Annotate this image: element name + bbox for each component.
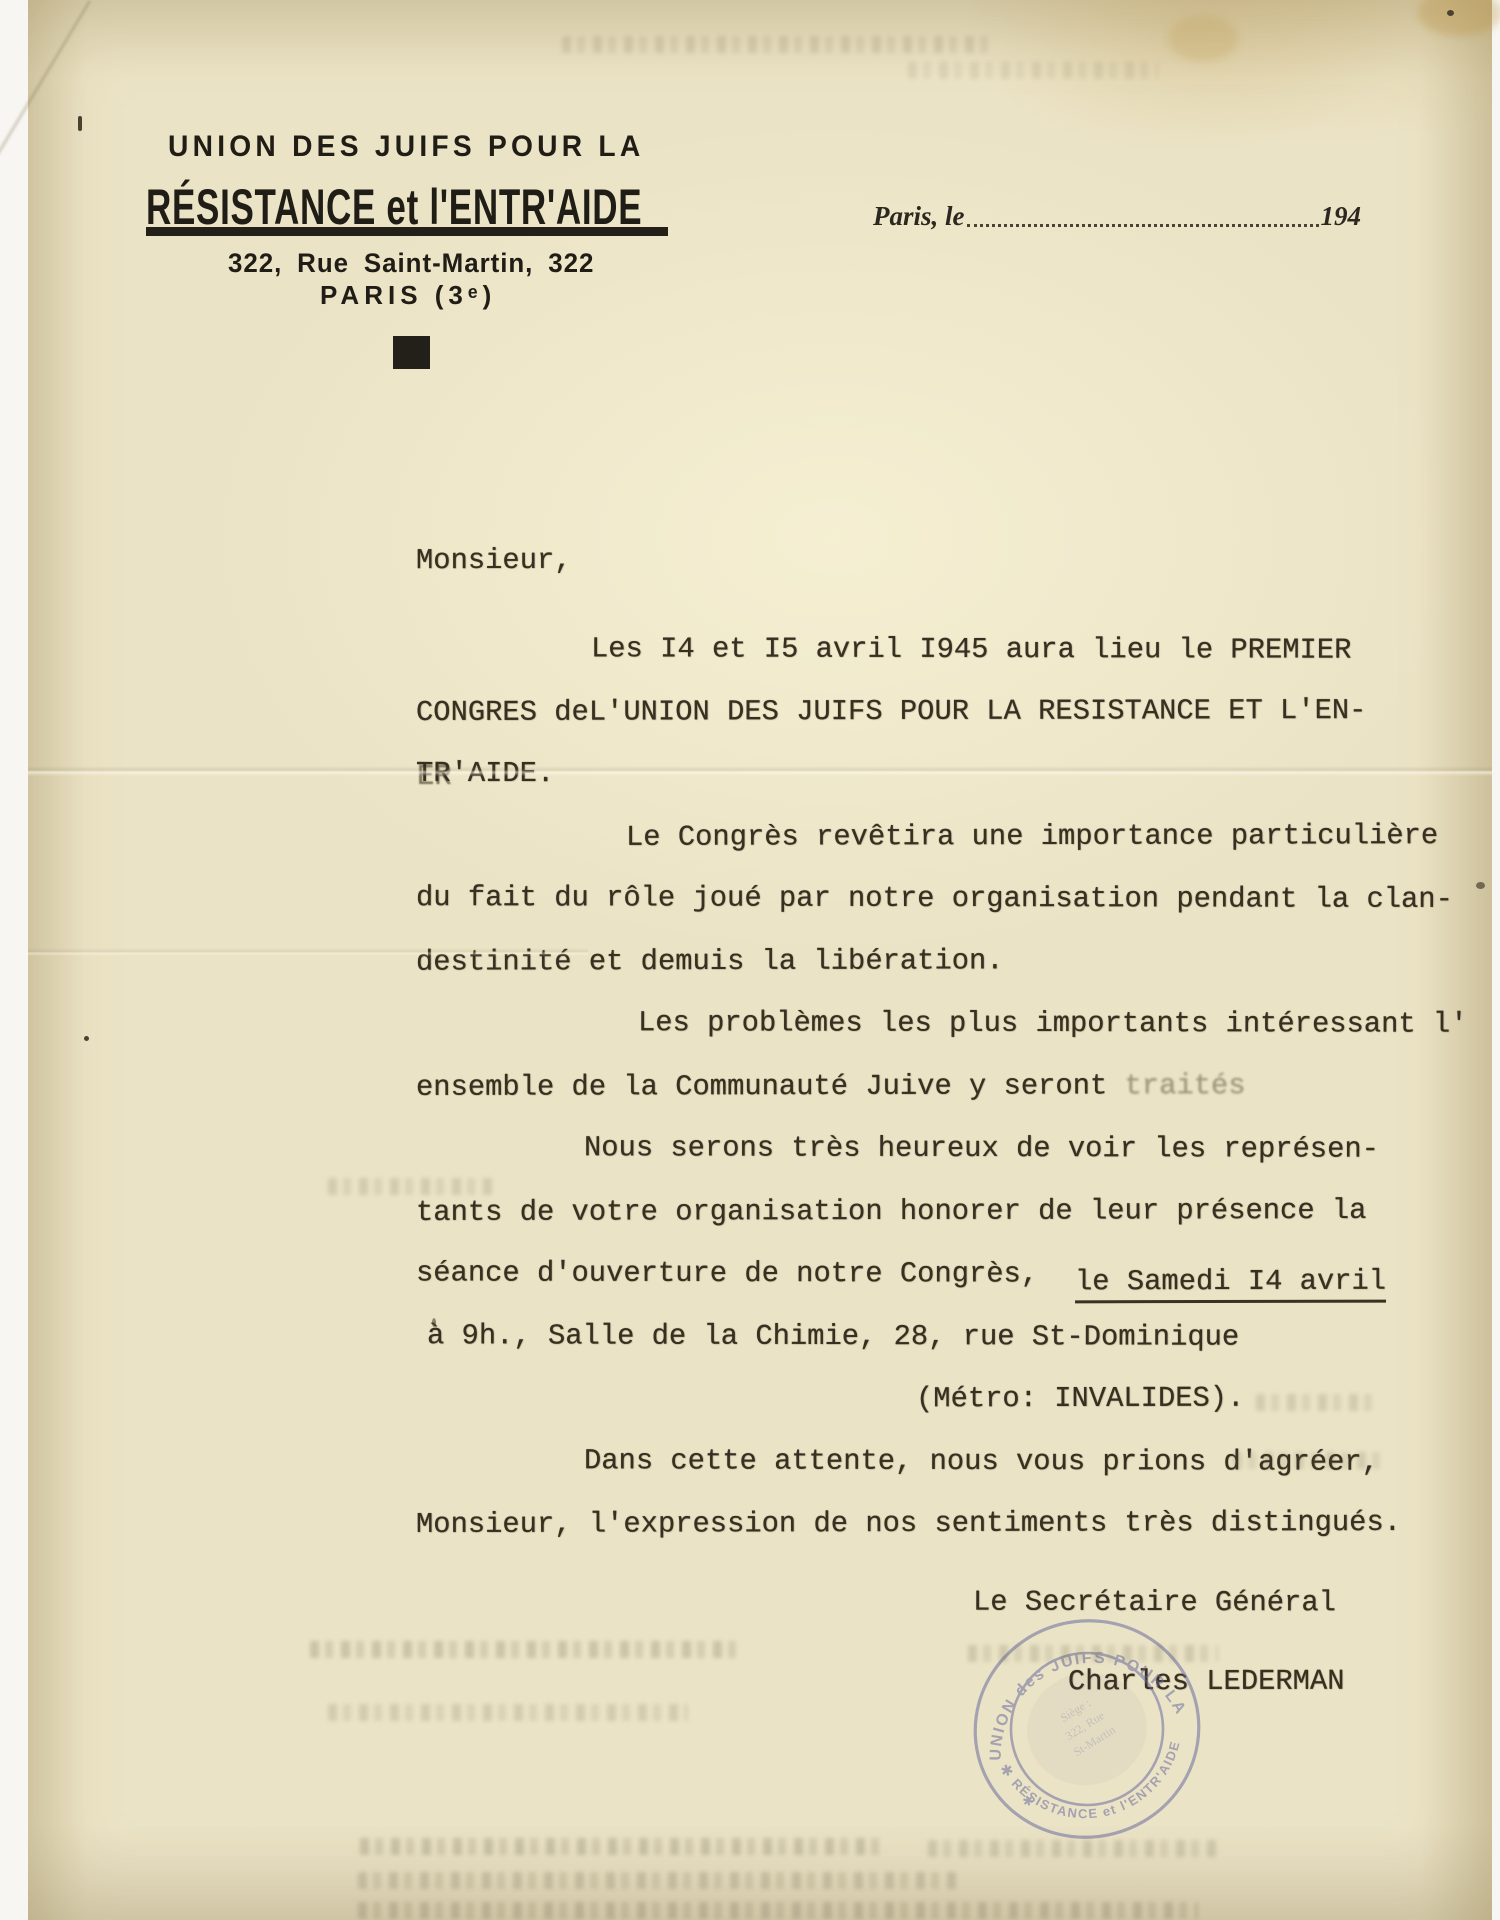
letter-line: Les problèmes les plus importants intére… [638,1009,1468,1039]
paper-speck [432,1318,436,1327]
bleedthrough-smudge [328,1704,688,1721]
paper-stain [1168,16,1238,62]
bleedthrough-smudge [358,1872,958,1889]
bleedthrough-smudge [562,36,992,53]
letter-line: Le Congrès revêtira une importance parti… [626,822,1438,852]
letter-line: Monsieur, l'expression de nos sentiments… [416,1509,1401,1540]
letterhead-black-square [393,336,430,369]
scanned-letter-page: { "letterhead": { "line1": "UNION DES JU… [0,0,1500,1920]
bleedthrough-smudge [908,62,1158,79]
bleedthrough-smudge [358,1902,1198,1919]
letter-line: tants de votre organisation honorer de l… [416,1197,1367,1228]
bleedthrough-smudge [360,1838,880,1855]
paper-speck [1447,10,1454,16]
letter-line: séance d'ouverture de notre Congrès, [416,1259,1038,1289]
letter-line: ensemble de la Communauté Juive y seront… [416,1072,1246,1103]
bleedthrough-smudge [968,1645,1218,1662]
paper-speck [1476,882,1485,889]
dateline: Paris, le 194 [873,201,1361,232]
fold-crease [28,766,1492,776]
bleedthrough-smudge [310,1641,740,1658]
corner-crease [0,0,91,156]
letter-line-text: ensemble de la Communauté Juive y seront [416,1069,1125,1103]
bleedthrough-smudge [328,1178,493,1195]
letter-line: Nous serons très heureux de voir les rep… [584,1134,1379,1164]
underlined-date-segment: le Samedi I4 avril [1075,1268,1386,1303]
dateline-dotted-leader [967,223,1319,227]
bleedthrough-smudge [1256,1394,1374,1411]
organization-stamp: UNION des JUIFS POUR LA RÉSISTANCE et l'… [961,1603,1213,1855]
dateline-year: 194 [1321,201,1362,232]
bleedthrough-smudge [928,1840,1218,1857]
letterhead-rule [146,227,668,236]
salutation: Monsieur, [416,547,572,576]
letter-line: à 9h., Salle de la Chimie, 28, rue St-Do… [427,1322,1239,1352]
letter-line: du fait du rôle joué par notre organisat… [416,884,1453,915]
letterhead-address: 322, Rue Saint-Martin, 322 [228,248,594,279]
letter-line: CONGRES deL'UNION DES JUIFS POUR LA RESI… [416,697,1367,728]
letter-paper: UNION DES JUIFS POUR LA RÉSISTANCE et l'… [28,0,1492,1920]
stamp-star-icon: ✱ [999,1761,1015,1781]
paper-speck [84,1036,89,1041]
letter-line: Les I4 et I5 avril I945 aura lieu le PRE… [591,635,1351,665]
faded-overstruck-word: traités [1124,1069,1245,1102]
letter-line: (Métro: INVALIDES). [916,1385,1244,1414]
paper-stain [1418,0,1500,36]
letterhead-city: PARIS (3ᵉ) [320,280,496,311]
fold-crease [28,948,588,956]
dateline-prefix: Paris, le [873,201,965,232]
letterhead-org-line1: UNION DES JUIFS POUR LA [168,130,644,164]
paper-speck [78,116,82,131]
bleedthrough-smudge [1233,1452,1383,1469]
